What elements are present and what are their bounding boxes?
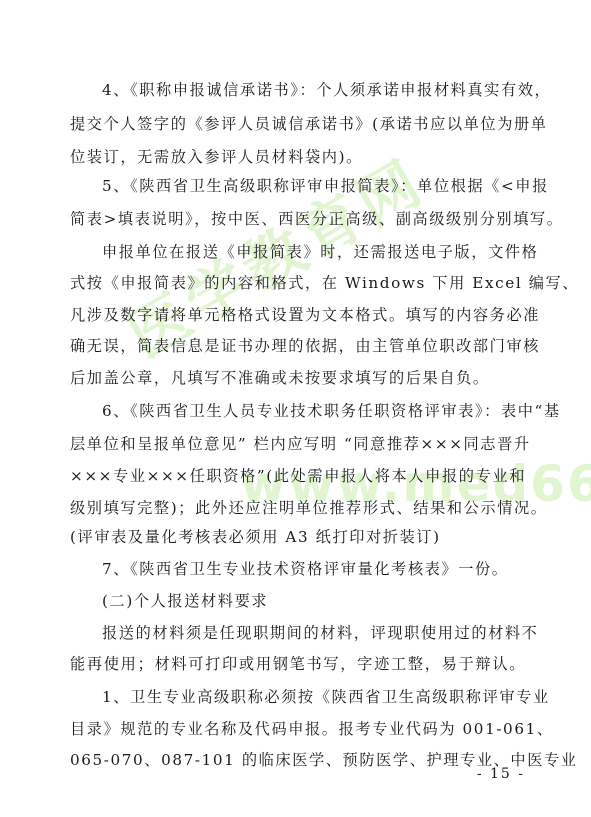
- text-line: 位装订，无需放入参评人员材料袋内)。: [70, 147, 526, 167]
- text-line: 能再使用；材料可打印或用钢笔书写，字迹工整，易于辩认。: [70, 654, 526, 674]
- text-line: 1、卫生专业高级职称必须按《陕西省卫生高级职称评审专业: [102, 687, 526, 707]
- text-line: 层单位和呈报单位意见” 栏内应写明 “同意推荐×××同志晋升: [70, 434, 526, 454]
- text-line: 凡涉及数字请将单元格格式设置为文本格式。填写的内容务必准: [70, 305, 526, 325]
- text-line: 5、《陕西省卫生高级职称评审申报简表》：单位根据《<申报: [102, 176, 526, 196]
- document-page: 医学教育网 www.med66.com 4、《职称申报诚信承诺书》：个人须承诺申…: [0, 0, 591, 817]
- text-line: 简表>填表说明》，按中医、西医分正高级、副高级级别分别填写。: [70, 209, 526, 229]
- text-line: ×××专业×××任职资格”(此处需申报人将本人申报的专业和: [70, 466, 526, 486]
- text-line: 申报单位在报送《申报简表》时，还需报送电子版，文件格: [102, 242, 526, 262]
- text-line: 目录》规范的专业名称及代码申报。报考专业代码为 001-061、: [70, 719, 526, 739]
- text-line: 7、《陕西省卫生专业技术资格评审量化考核表》一份。: [102, 559, 526, 579]
- text-line: 提交个人签字的《参评人员诚信承诺书》(承诺书应以单位为册单: [70, 114, 526, 134]
- text-line: 065-070、087-101 的临床医学、预防医学、护理专业、中医专业: [70, 750, 526, 770]
- text-line: 式按《申报简表》的内容和格式，在 Windows 下用 Excel 编写、: [70, 273, 526, 293]
- text-line: 级别填写完整)；此外还应注明单位推荐形式、结果和公示情况。: [70, 498, 526, 518]
- text-line: 后加盖公章，凡填写不准确或未按要求填写的后果自负。: [70, 368, 526, 388]
- text-line: 报送的材料须是任现职期间的材料，评现职使用过的材料不: [102, 623, 526, 643]
- text-line: 6、《陕西省卫生人员专业技术职务任职资格评审表》：表中“基: [102, 401, 526, 421]
- text-line: (二)个人报送材料要求: [102, 591, 526, 611]
- text-line: 确无误，简表信息是证书办理的依据，由主管单位职改部门审核: [70, 336, 526, 356]
- text-line: 4、《职称申报诚信承诺书》：个人须承诺申报材料真实有效，: [102, 80, 526, 100]
- page-number: - 15 -: [477, 766, 525, 782]
- text-line: (评审表及量化考核表必须用 A3 纸打印对折装订): [70, 527, 526, 547]
